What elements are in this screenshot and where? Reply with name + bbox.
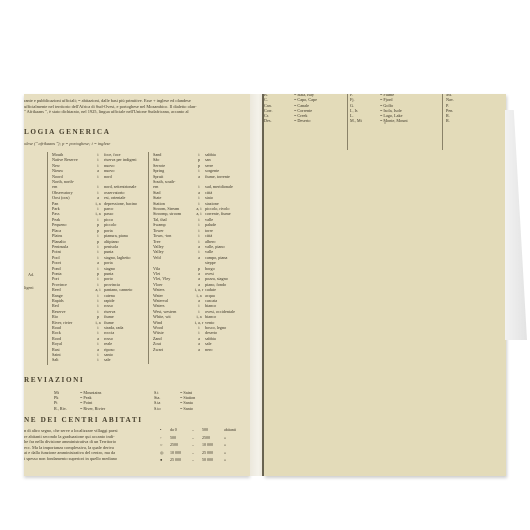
- card-back-flap: [505, 110, 527, 340]
- glossary-row: Zwartanero: [149, 347, 249, 352]
- glossary-row: Saltisale: [48, 357, 148, 362]
- abbreviation-expansion: = Deserto: [294, 118, 334, 123]
- class-to: 50 000: [202, 456, 224, 464]
- side-note: Ad.: [28, 272, 34, 277]
- right-column-2: F.= FiumeFj.= FjordG.= GolfoI., Is= Isol…: [350, 94, 420, 124]
- class-from: 500: [170, 434, 192, 442]
- abbreviation-row: R., Riv.= River, Rivier: [54, 406, 140, 411]
- class-dash: –: [192, 449, 202, 457]
- right-page: B.= Baia, BayC.= Capo, CapeCan.= CanaleC…: [264, 94, 506, 476]
- right-abbreviation-row: R.: [446, 118, 506, 123]
- settlements-paragraph: n di altro segno, che serve a localizzar…: [24, 428, 160, 462]
- class-to: 10 000: [202, 441, 224, 449]
- settlement-symbol: ●: [160, 456, 170, 464]
- class-to: 25 000: [202, 449, 224, 457]
- class-dash: –: [192, 434, 202, 442]
- settlements-line: i spesso non fondamento superiori in que…: [24, 456, 160, 462]
- class-unit: »: [224, 441, 234, 449]
- column-divider: [442, 94, 443, 150]
- glossary-term: Zwart: [149, 347, 193, 352]
- class-dash: –: [192, 456, 202, 464]
- settlements-heading: NE DEI CENTRI ABITATI: [24, 416, 143, 424]
- abbreviation: M., Mt: [350, 118, 380, 123]
- settlement-class-row: ●25 000–50 000»: [160, 456, 234, 464]
- glossary-column-2: SandisabbiaSãopsanSerrotepserreSpringiso…: [148, 152, 249, 364]
- class-to: 500: [202, 426, 224, 434]
- class-unit: »: [224, 456, 234, 464]
- abbreviation: S.to: [154, 406, 180, 411]
- glossary-language: i: [92, 357, 104, 362]
- language-legend: olese (" afrikaans "); p = portoghese; i…: [24, 141, 110, 146]
- class-dash: –: [192, 441, 202, 449]
- abbreviation: R., Riv.: [54, 406, 80, 411]
- class-from: 10 000: [170, 449, 192, 457]
- settlement-class-row: ◎10 000–25 000»: [160, 449, 234, 457]
- class-from: 2500: [170, 441, 192, 449]
- terminology-heading: LOGIA GENERICA: [24, 128, 111, 136]
- abbreviation-expansion: = River, Rivier: [80, 406, 140, 411]
- right-abbreviation-row: Des.= Deserto: [264, 118, 334, 123]
- glossary-column-1: Mouthifoce, foceNative Reserveiriserva p…: [48, 152, 148, 363]
- settlement-class-row: ○2500–10 000»: [160, 441, 234, 449]
- settlement-classes-table: •da 0–500abitanti◦500–2500»○2500–10 000»…: [160, 426, 234, 464]
- glossary-meaning: nero: [205, 347, 249, 352]
- paper-speck: [384, 122, 386, 124]
- abbreviation-expansion: = Santo: [180, 406, 240, 411]
- settlement-class-row: •da 0–500abitanti: [160, 426, 234, 434]
- settlement-symbol: •: [160, 426, 170, 434]
- class-to: 2500: [202, 434, 224, 442]
- class-dash: –: [192, 426, 202, 434]
- side-note: ligeni: [24, 285, 34, 290]
- abbreviation-expansion: [476, 118, 506, 123]
- settlement-class-row: ◦500–2500»: [160, 434, 234, 442]
- column-divider: [347, 94, 348, 150]
- abbreviations-heading: REVIAZIONI: [24, 376, 84, 384]
- right-column-3: Mt.Nav.P.Pen.R.R.: [446, 94, 506, 124]
- left-page: rante e pubblicazioni ufficiali; = abita…: [24, 94, 250, 476]
- intro-line: " Afrikaans ", è stato dichiarato, nel 1…: [24, 109, 244, 115]
- class-unit: »: [224, 449, 234, 457]
- right-column-1: B.= Baia, BayC.= Capo, CapeCan.= CanaleC…: [264, 94, 334, 124]
- abbreviation: Des.: [264, 118, 294, 123]
- abbreviation-expansion: = Monte, Mount: [380, 118, 420, 123]
- abbreviations-column-1: Mt= MountainsPk= PeakPt= PointR., Riv.= …: [54, 390, 140, 411]
- glossary-term: Salt: [48, 357, 92, 362]
- abbreviation: R.: [446, 118, 476, 123]
- glossary-language: a: [193, 347, 205, 352]
- settlement-symbol: ○: [160, 441, 170, 449]
- settlement-symbol: ◎: [160, 449, 170, 457]
- intro-paragraph: rante e pubblicazioni ufficiali; = abita…: [24, 98, 244, 115]
- glossary-meaning: sale: [104, 357, 148, 362]
- class-from: da 0: [170, 426, 192, 434]
- abbreviations-column-2: S.t= SaintSta.= StationS.ta= SantaS.to= …: [154, 390, 240, 411]
- class-unit: abitanti: [224, 426, 234, 434]
- settlement-symbol: ◦: [160, 434, 170, 442]
- class-unit: »: [224, 434, 234, 442]
- abbreviation-row: S.to= Santo: [154, 406, 240, 411]
- glossary-table: Mouthifoce, foceNative Reserveiriserva p…: [47, 152, 246, 365]
- class-from: 25 000: [170, 456, 192, 464]
